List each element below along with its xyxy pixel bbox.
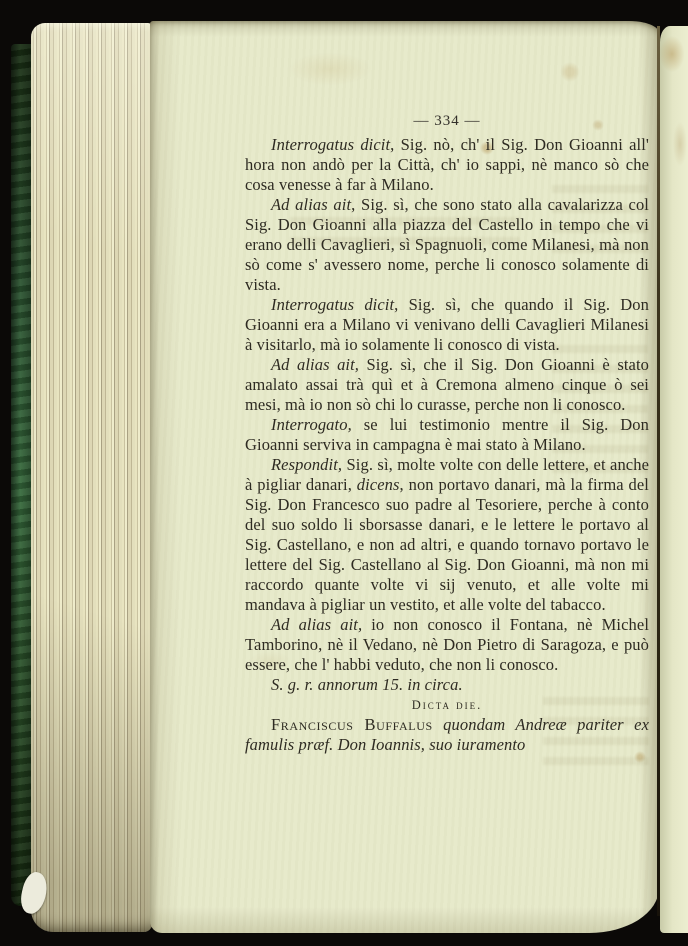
book-page: — 334 — Interrogatus dicit, Sig. nò, ch'…	[150, 21, 659, 933]
text-run: dicens	[357, 475, 400, 494]
witness-age-line: S. g. r. annorum 15. in circa.	[245, 675, 649, 695]
text-run: Ad alias ait	[271, 195, 351, 214]
text-run: Interrogatus dicit	[271, 295, 394, 314]
text-run: Respondit,	[271, 455, 342, 474]
text-run: Franciscus Buffalus	[271, 715, 433, 734]
paragraph: Interrogato, se lui testimonio mentre il…	[245, 415, 649, 455]
text-run: Ad alias ait,	[271, 355, 359, 374]
text-run: Ad alias ait,	[271, 615, 362, 634]
page-text: — 334 — Interrogatus dicit, Sig. nò, ch'…	[245, 111, 649, 755]
facing-page-sliver	[660, 26, 688, 933]
text-run: Interrogato,	[271, 415, 352, 434]
page-number: — 334 —	[245, 111, 649, 131]
paragraph: Respondit, Sig. sì, molte volte con dell…	[245, 455, 649, 615]
paragraph: Interrogatus dicit, Sig. sì, che quando …	[245, 295, 649, 355]
paragraph: Interrogatus dicit, Sig. nò, ch' il Sig.…	[245, 135, 649, 195]
paragraph: Ad alias ait, Sig. sì, che il Sig. Don G…	[245, 355, 649, 415]
page-stack-fore-edge	[31, 23, 152, 932]
paragraph: Ad alias ait, Sig. sì, che sono stato al…	[245, 195, 649, 295]
section-heading: Dicta die.	[245, 695, 649, 715]
closing-paragraph: Franciscus Buffalus quondam Andreæ parit…	[245, 715, 649, 755]
paragraph: Ad alias ait, io non conosco il Fontana,…	[245, 615, 649, 675]
text-run: Interrogatus dicit	[271, 135, 390, 154]
book-photograph: — 334 — Interrogatus dicit, Sig. nò, ch'…	[0, 0, 688, 946]
text-run: , non portavo danari, mà la firma del Si…	[245, 475, 649, 614]
